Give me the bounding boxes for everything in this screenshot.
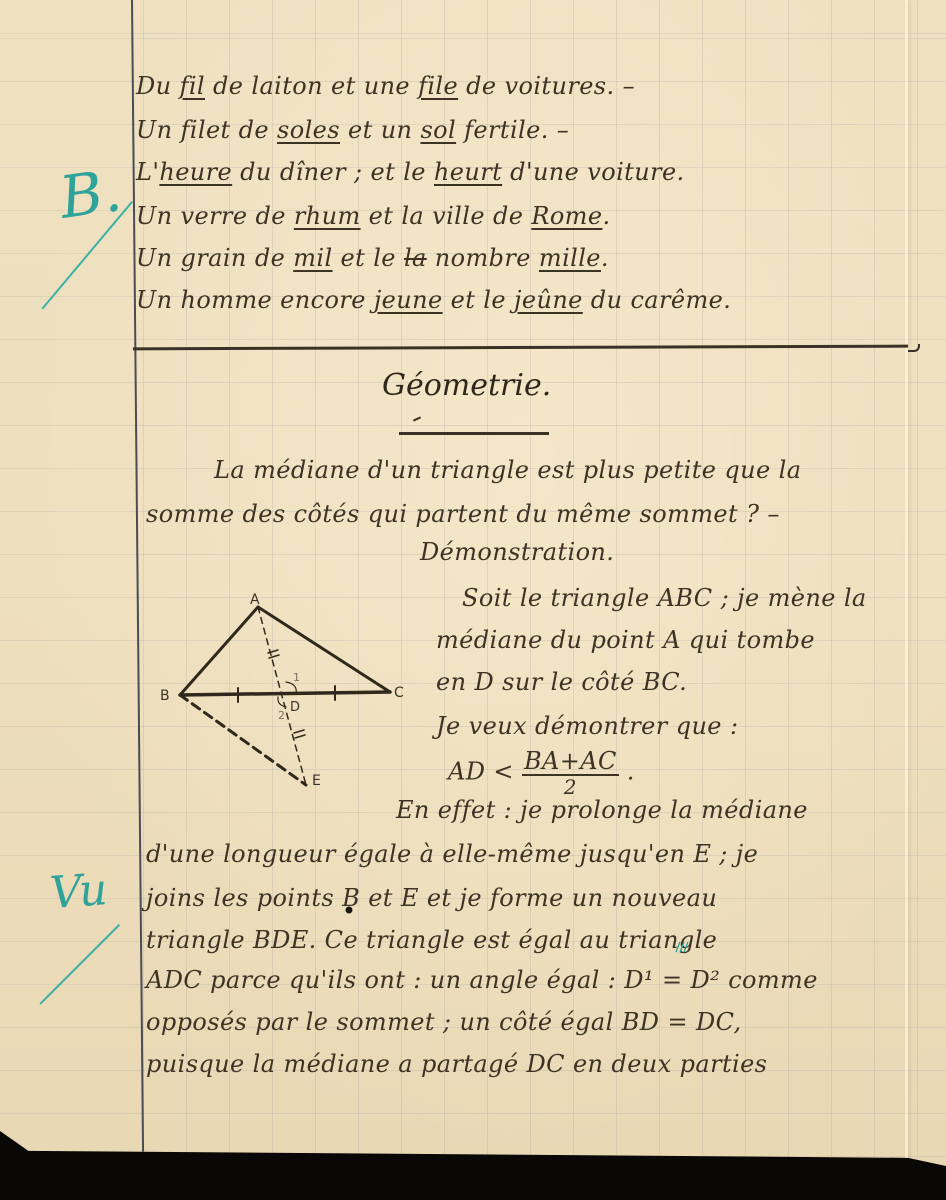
tick-de-2 bbox=[295, 735, 305, 738]
angle-label-1: 1 bbox=[293, 671, 300, 684]
label-b: B bbox=[160, 688, 170, 704]
segment-be bbox=[180, 695, 306, 785]
label-a: A bbox=[250, 592, 260, 608]
label-d: D bbox=[290, 700, 300, 715]
side-ab bbox=[180, 607, 258, 695]
side-bc bbox=[180, 692, 390, 695]
tick-de-1 bbox=[294, 730, 304, 733]
notebook-page: B. Vu Du fil de laiton et une file de vo… bbox=[0, 0, 946, 1166]
ink-blot bbox=[346, 907, 353, 914]
triangle-diagram: A B C D E 1 2 bbox=[0, 0, 946, 1166]
teacher-correction-marks bbox=[676, 942, 688, 952]
angle-label-2: 2 bbox=[278, 709, 285, 722]
label-c: C bbox=[394, 685, 404, 701]
label-e: E bbox=[312, 773, 321, 789]
